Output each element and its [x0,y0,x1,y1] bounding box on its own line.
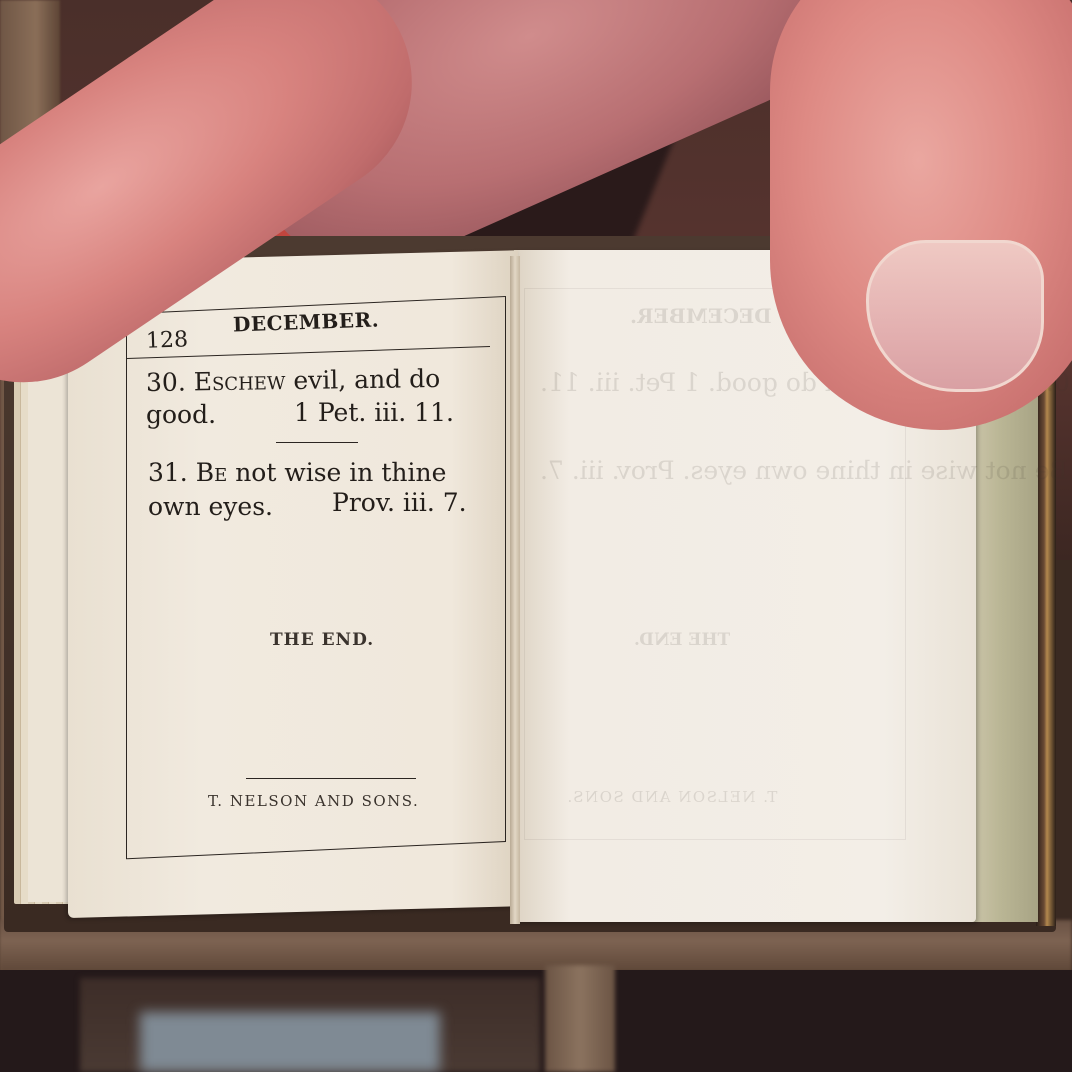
publisher-imprint: T. NELSON AND SONS. [208,792,419,810]
verse-31-line-1: 31. Be not wise in thine [148,460,446,485]
verse-30-line-1: 30. Eschew evil, and do [146,366,441,395]
show-through-heading: DECEMBER. [630,304,772,328]
verse-30-reference: 1 Pet. iii. 11. [294,400,454,425]
show-through-line: 31. Be not wise in thine own eyes. Prov.… [540,456,1072,485]
verse-31-line-2: own eyes. [148,494,273,519]
publisher-rule [246,778,416,779]
verse-text: not wise in thine [235,458,446,487]
show-through-publisher: T. NELSON AND SONS. [566,788,777,806]
verse-lead-word: Eschew [194,366,286,396]
verse-number: 31. [148,458,188,487]
verse-number: 30. [146,368,186,398]
running-head: DECEMBER. [233,307,380,336]
photo-scene: DECEMBER. 30. Eschew evil, and do good. … [0,0,1072,1072]
verse-31-reference: Prov. iii. 7. [332,490,467,515]
background-blurred-object [140,1012,440,1072]
verse-30-line-2: good. [146,402,216,427]
verse-lead-word: Be [196,458,228,487]
show-through-closing: THE END. [634,630,730,650]
closing-text: THE END. [270,630,374,650]
book-gutter [510,256,520,924]
background-lower-post [545,965,615,1072]
verse-divider [276,442,358,443]
verse-text: evil, and do [293,364,440,395]
endpaper [966,370,1038,922]
page-number: 128 [146,327,189,353]
